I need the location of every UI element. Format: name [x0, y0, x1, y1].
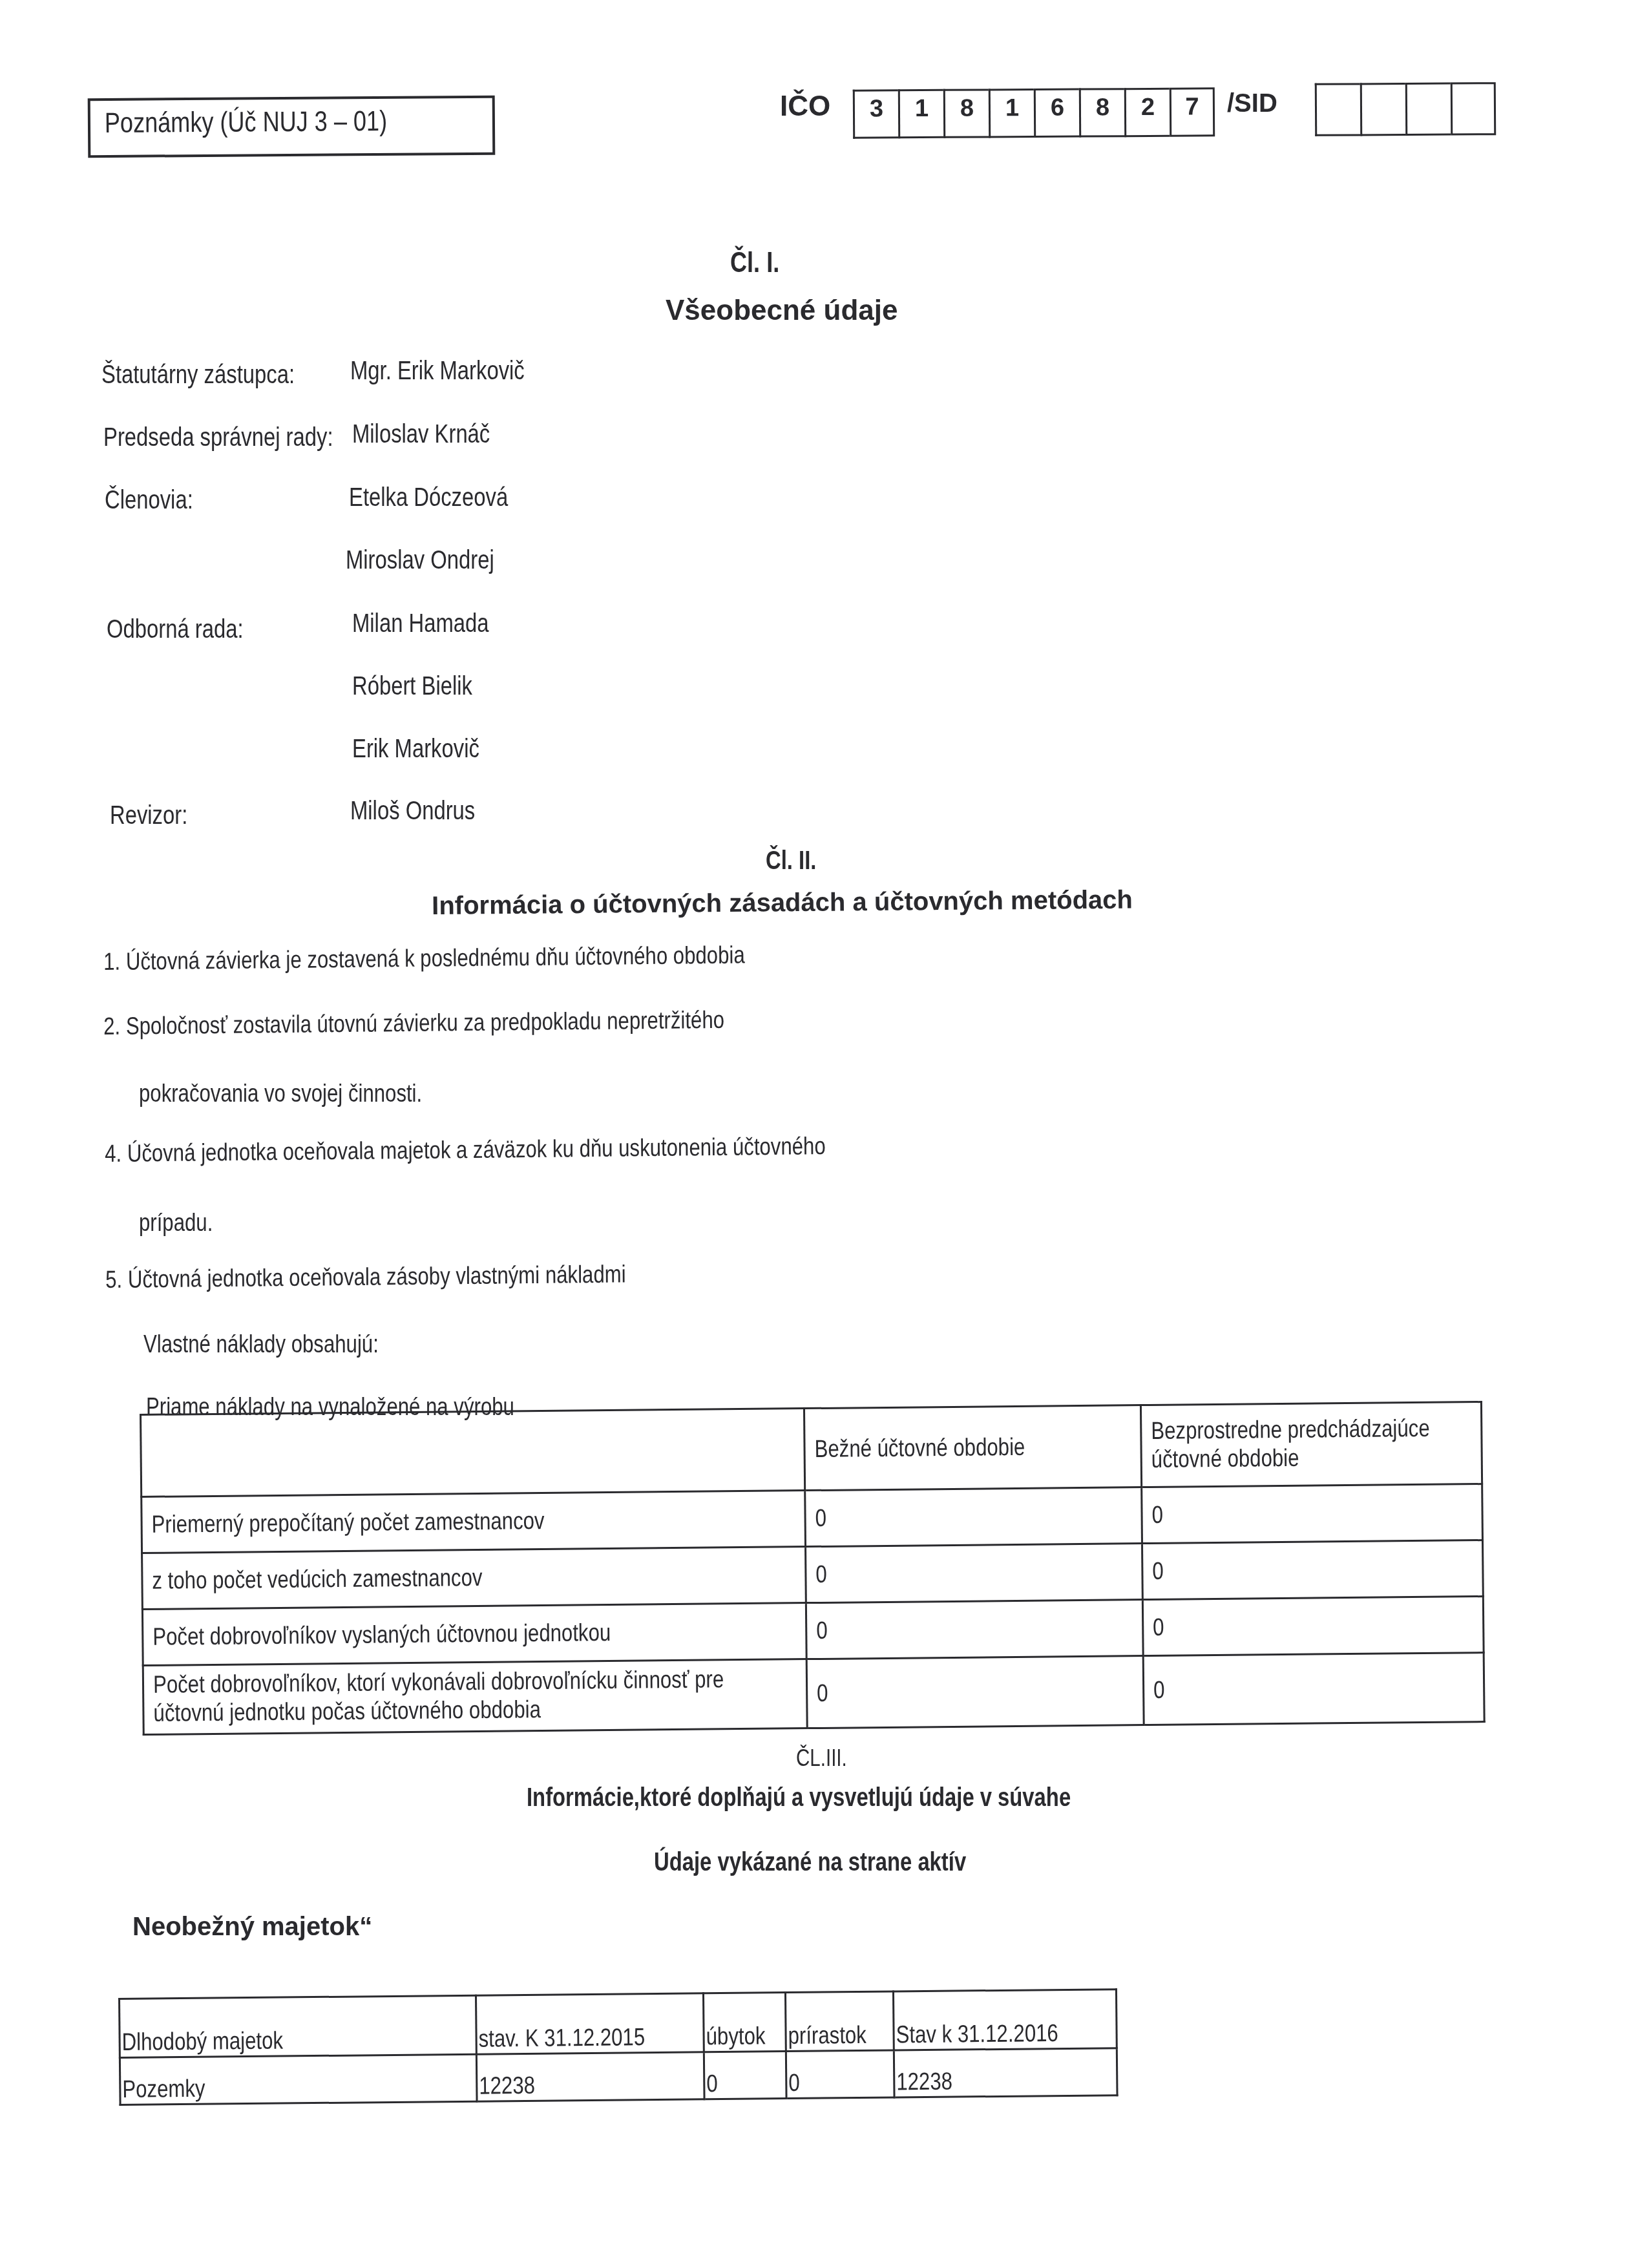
ico-digit[interactable]: 8 [943, 89, 989, 138]
officer-label: Predseda správnej rady: [103, 423, 333, 452]
table-header-cell: prírastok [785, 1991, 894, 2052]
ico-digit[interactable]: 6 [1034, 89, 1079, 138]
article3-title: Informácie,ktoré doplňajú a vysvetlujú ú… [527, 1783, 1071, 1812]
current-period-value: 0 [806, 1600, 1143, 1659]
table-header-cell: Bezprostredne predchádzajúce účtovné obd… [1141, 1402, 1482, 1487]
sid-digit[interactable] [1405, 83, 1451, 136]
ico-digit[interactable]: 1 [898, 89, 943, 138]
officer-name: Milan Hamada [352, 609, 488, 638]
form-code-box: Poznámky (Úč NUJ 3 – 01) [88, 96, 496, 158]
previous-period-value: 0 [1142, 1484, 1483, 1544]
table-header-cell: Stav k 31.12.2016 [893, 1990, 1117, 2050]
balance-2016: 12238 [894, 2048, 1117, 2097]
sid-digit[interactable] [1360, 83, 1405, 136]
sid-label: /SID [1227, 89, 1277, 118]
row-label: Počet dobrovoľníkov, ktorí vykonávali do… [143, 1659, 807, 1735]
table-header-row: Bežné účtovné obdobie Bezprostredne pred… [141, 1402, 1482, 1497]
officer-name: Miloslav Krnáč [352, 420, 490, 449]
article1-number: Čl. I. [730, 247, 779, 279]
table-header-row: Dlhodobý majetok stav. K 31.12.2015 úbyt… [120, 1990, 1117, 2058]
officer-name: Róbert Bielik [352, 672, 472, 701]
noncurrent-assets-heading: Neobežný majetok“ [132, 1913, 372, 1942]
row-label: Počet dobrovoľníkov vyslaných účtovnou j… [142, 1603, 806, 1666]
ico-digit-boxes: 3 1 8 1 6 8 2 7 [853, 87, 1215, 138]
table-header-cell: úbytok [703, 1993, 786, 2052]
current-period-value: 0 [806, 1544, 1143, 1603]
ico-digit[interactable]: 1 [989, 89, 1034, 138]
row-label: z toho počet vedúcich zamestnancov [142, 1547, 806, 1610]
sid-digit[interactable] [1451, 82, 1496, 135]
policy-item: 1. Účtovná závierka je zostavená k posle… [103, 941, 745, 976]
current-period-value: 0 [805, 1487, 1142, 1547]
sid-digit[interactable] [1315, 83, 1360, 136]
form-code: Poznámky (Úč NUJ 3 – 01) [105, 105, 387, 140]
long-term-assets-table: Dlhodobý majetok stav. K 31.12.2015 úbyt… [118, 1988, 1119, 2106]
table-header-cell: stav. K 31.12.2015 [476, 1993, 704, 2054]
balance-2015: 12238 [476, 2052, 704, 2101]
article2-number: Čl. II. [766, 846, 816, 876]
officer-label: Štatutárny zástupca: [101, 361, 295, 390]
table-header-cell: Bežné účtovné obdobie [804, 1405, 1141, 1491]
ico-label: IČO [780, 90, 830, 123]
policy-item: 4. Účovná jednotka oceňovala majetok a z… [105, 1133, 826, 1168]
table-header-cell [141, 1409, 805, 1497]
policy-item-continuation: Vlastné náklady obsahujú: [143, 1331, 379, 1359]
previous-period-value: 0 [1142, 1597, 1484, 1656]
article2-title: Informácia o účtovných zásadách a účtovn… [432, 886, 1133, 921]
table-row: Pozemky 12238 0 0 12238 [120, 2048, 1117, 2105]
officer-name: Miloš Ondrus [350, 797, 475, 826]
table-header-cell: Dlhodobý majetok [120, 1995, 477, 2057]
officer-label: Odborná rada: [107, 615, 244, 644]
current-period-value: 0 [806, 1656, 1144, 1728]
article3-subtitle: Údaje vykázané na strane aktív [654, 1848, 966, 1877]
previous-period-value: 0 [1143, 1653, 1484, 1725]
table-row: Počet dobrovoľníkov, ktorí vykonávali do… [143, 1653, 1484, 1735]
ico-digit[interactable]: 2 [1124, 88, 1170, 137]
officer-name: Etelka Dóczeová [349, 483, 508, 512]
article1-title: Všeobecné údaje [666, 295, 898, 327]
officer-name: Miroslav Ondrej [346, 546, 494, 575]
officer-name: Erik Markovič [352, 735, 479, 764]
policy-item: 5. Účtovná jednotka oceňovala zásoby vla… [105, 1261, 626, 1294]
officer-name: Mgr. Erik Markovič [350, 357, 525, 386]
ico-digit[interactable]: 8 [1079, 88, 1124, 137]
officer-label: Revizor: [110, 801, 187, 830]
ico-digit[interactable]: 3 [853, 89, 898, 138]
policy-item: 2. Spoločnosť zostavila útovnú závierku … [103, 1007, 724, 1041]
sid-digit-boxes [1315, 82, 1496, 136]
employees-table: Bežné účtovné obdobie Bezprostredne pred… [140, 1401, 1486, 1736]
increase: 0 [786, 2050, 894, 2099]
article3-number: ČL.III. [796, 1745, 847, 1772]
decrease: 0 [704, 2052, 786, 2099]
row-label: Priemerný prepočítaný počet zamestnancov [142, 1491, 806, 1553]
previous-period-value: 0 [1142, 1540, 1484, 1600]
policy-item-continuation: pokračovania vo svojej činnosti. [139, 1080, 422, 1108]
ico-digit[interactable]: 7 [1170, 87, 1215, 136]
asset-name: Pozemky [120, 2054, 477, 2105]
policy-item-continuation: prípadu. [139, 1210, 213, 1237]
officer-label: Členovia: [105, 486, 193, 515]
